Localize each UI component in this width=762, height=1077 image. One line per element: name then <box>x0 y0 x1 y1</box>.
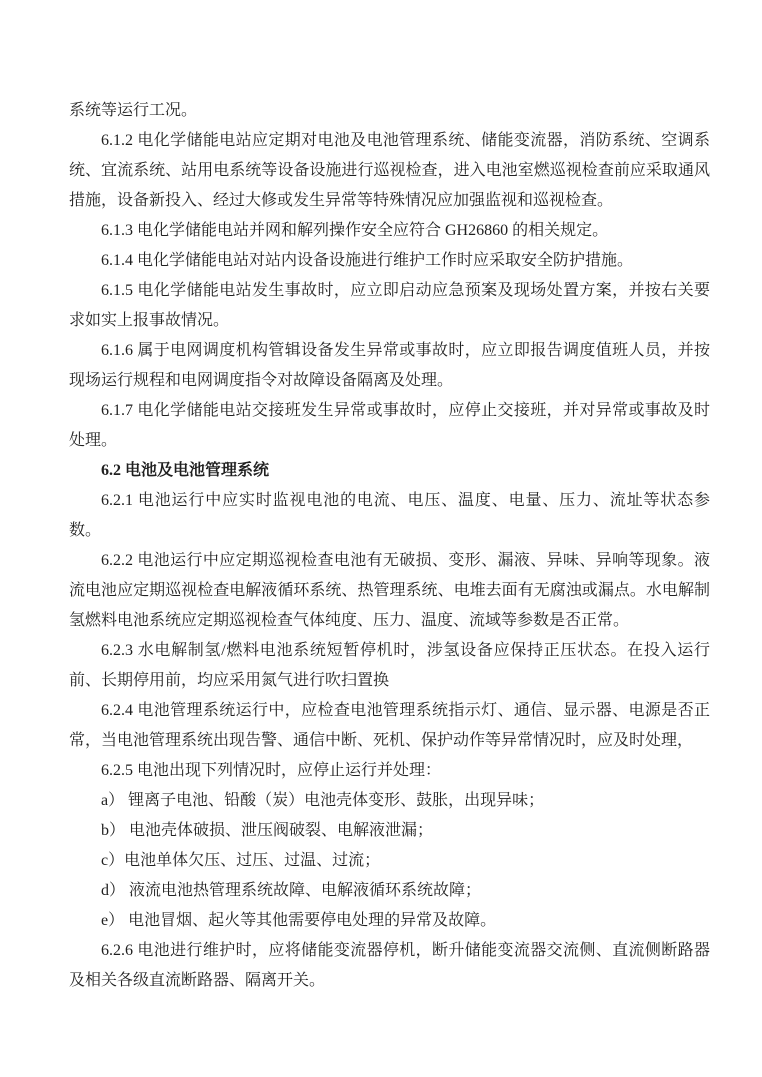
section-heading-7: 6.2 电池及电池管理系统 <box>69 456 710 486</box>
list-item-16: d） 液流电池热管理系统故障、电解液循环系统故障； <box>69 876 710 906</box>
list-item-13: a） 锂离子电池、铅酸（炭）电池壳体变形、鼓胀，出现异味； <box>69 786 710 816</box>
document-page: 系统等运行工况。6.1.2 电化学储能电站应定期对电池及电池管理系统、储能变流器… <box>0 0 762 1077</box>
paragraph-10: 6.2.3 水电解制氢/燃料电池系统短暂停机时，涉氢设备应保持正压状态。在投入运… <box>69 636 710 696</box>
paragraph-9: 6.2.2 电池运行中应定期巡视检查电池有无破损、变形、漏液、异味、异响等现象。… <box>69 546 710 636</box>
paragraph-8: 6.2.1 电池运行中应实时监视电池的电流、电压、温度、电量、压力、流址等状态参… <box>69 486 710 546</box>
paragraph-4: 6.1.5 电化学储能电站发生事故时，应立即启动应急预案及现场处置方案，并按右关… <box>69 276 710 336</box>
list-item-15: c）电池单体欠压、过压、过温、过流； <box>69 846 710 876</box>
paragraph-5: 6.1.6 属于电网调度机构管辑设备发生异常或事故时，应立即报告调度值班人员，并… <box>69 336 710 396</box>
paragraph-0: 系统等运行工况。 <box>69 96 710 126</box>
paragraph-2: 6.1.3 电化学储能电站并网和解列操作安全应符合 GH26860 的相关规定。 <box>69 216 710 246</box>
paragraph-1: 6.1.2 电化学储能电站应定期对电池及电池管理系统、储能变流器，消防系统、空调… <box>69 126 710 216</box>
paragraph-11: 6.2.4 电池管理系统运行中，应检查电池管理系统指示灯、通信、显示器、电源是否… <box>69 696 710 756</box>
paragraph-6: 6.1.7 电化学储能电站交接班发生异常或事故时，应停止交接班，并对异常或事故及… <box>69 396 710 456</box>
paragraph-12: 6.2.5 电池出现下列情况时，应停止运行并处理： <box>69 756 710 786</box>
document-body: 系统等运行工况。6.1.2 电化学储能电站应定期对电池及电池管理系统、储能变流器… <box>69 96 710 996</box>
paragraph-3: 6.1.4 电化学储能电站对站内设备设施进行维护工作时应采取安全防护措施。 <box>69 246 710 276</box>
list-item-17: e） 电池冒烟、起火等其他需要停电处理的异常及故障。 <box>69 906 710 936</box>
list-item-14: b） 电池壳体破损、泄压阀破裂、电解液泄漏； <box>69 816 710 846</box>
paragraph-18: 6.2.6 电池进行维护时，应将储能变流器停机，断升储能变流器交流侧、直流侧断路… <box>69 936 710 996</box>
